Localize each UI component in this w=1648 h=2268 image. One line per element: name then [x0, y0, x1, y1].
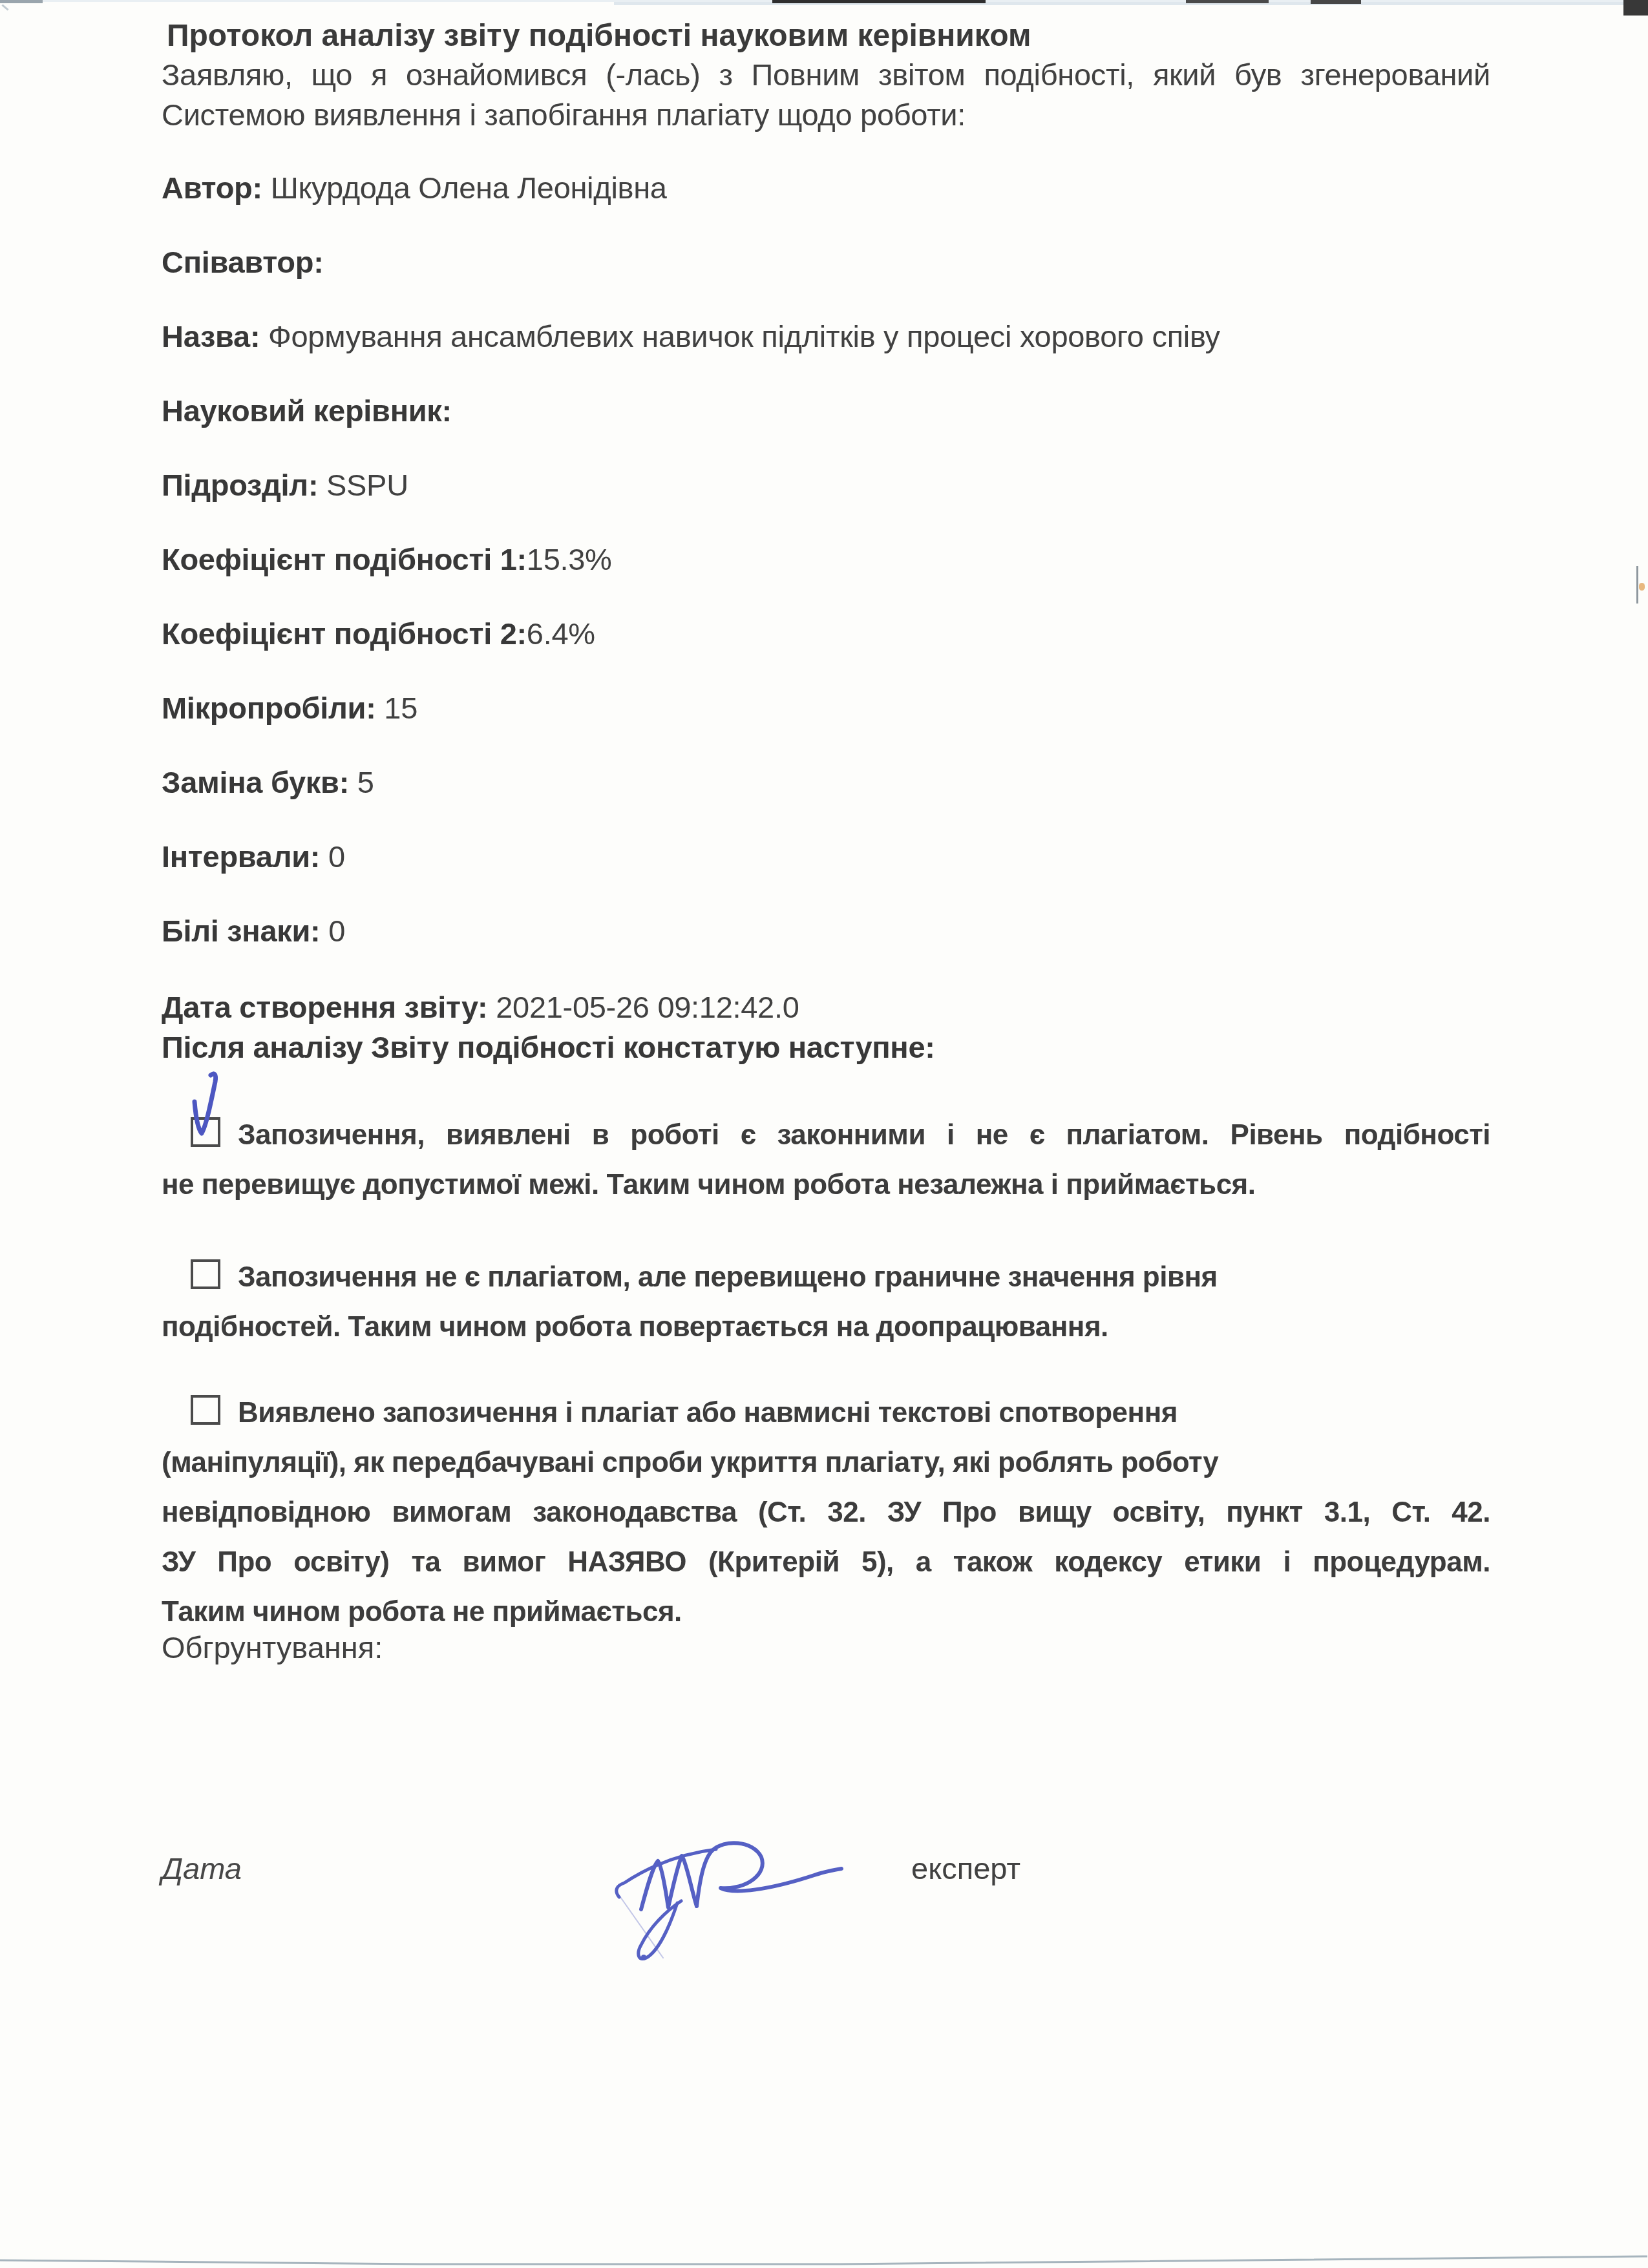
- checkbox-option-3[interactable]: [191, 1395, 220, 1425]
- footer-date-label: Дата: [162, 1851, 242, 1887]
- report-date-label: Дата створення звіту:: [162, 990, 487, 1024]
- intro-line: Заявляю, що я ознайомився (-лась) з Повн…: [162, 55, 1490, 95]
- option-text: Запозичення, виявлені в роботі є законни…: [238, 1119, 1490, 1151]
- scan-artifact-speck: [1639, 583, 1645, 591]
- report-date-line: Дата створення звіту: 2021-05-26 09:12:4…: [162, 987, 1490, 1027]
- field-similarity-coefficient-2: Коефіцієнт подібності 2:6.4%: [162, 616, 1490, 652]
- field-value: 15.3%: [527, 542, 612, 576]
- scan-artifact-top-mark: [772, 0, 986, 3]
- option-work-accepted: Запозичення, виявлені в роботі є законни…: [162, 1110, 1490, 1210]
- page-title: Протокол аналізу звіту подібності науков…: [167, 16, 1495, 56]
- field-label: Назва:: [162, 319, 260, 353]
- handwritten-signature-icon: [601, 1829, 860, 1977]
- field-label: Мікропробіли:: [162, 691, 376, 725]
- field-value: 0: [320, 839, 345, 874]
- field-value: 15: [376, 691, 417, 725]
- justification-label: Обгрунтування:: [162, 1630, 1490, 1666]
- field-letter-substitution: Заміна букв: 5: [162, 764, 1490, 801]
- report-date-block: Дата створення звіту: 2021-05-26 09:12:4…: [162, 987, 1490, 1067]
- option-text: Запозичення не є плагіатом, але перевище…: [238, 1261, 1218, 1293]
- scan-artifact-top-band2: [614, 2, 1648, 5]
- field-intervals: Інтервали: 0: [162, 839, 1490, 875]
- scan-artifact-top-mark: [0, 0, 43, 3]
- field-label: Білі знаки:: [162, 914, 320, 948]
- field-value: SSPU: [318, 468, 408, 502]
- field-label: Коефіцієнт подібності 2:: [162, 616, 527, 651]
- scan-artifact-top-mark: [1186, 0, 1269, 3]
- option-text-line: Виявлено запозичення і плагіат або навми…: [162, 1388, 1490, 1438]
- scan-artifact-corner-mark: [1623, 0, 1648, 16]
- field-white-signs: Білі знаки: 0: [162, 913, 1490, 949]
- field-label: Інтервали:: [162, 839, 320, 874]
- report-date-value: 2021-05-26 09:12:42.0: [487, 990, 799, 1024]
- after-analysis-line: Після аналізу Звіту подібності констатую…: [162, 1027, 1490, 1067]
- option-text: Виявлено запозичення і плагіат або навми…: [238, 1397, 1178, 1429]
- field-title-of-work: Назва: Формування ансамблевих навичок пі…: [162, 319, 1490, 355]
- field-supervisor: Науковий керівник:: [162, 393, 1490, 429]
- checkbox-option-2[interactable]: [191, 1259, 220, 1289]
- scan-artifact-top-mark: [1311, 0, 1361, 4]
- field-label: Коефіцієнт подібності 1:: [162, 542, 527, 576]
- option-text-line: Запозичення не є плагіатом, але перевище…: [162, 1252, 1490, 1302]
- option-returned-for-revision: Запозичення не є плагіатом, але перевище…: [162, 1252, 1490, 1352]
- field-coauthor: Співавтор:: [162, 244, 1490, 280]
- field-label: Науковий керівник:: [162, 394, 452, 428]
- intro-line: Системою виявлення і запобігання плагіат…: [162, 95, 1490, 135]
- scanned-protocol-page: Протокол аналізу звіту подібності науков…: [0, 0, 1648, 2268]
- scan-artifact-tick: [1, 4, 8, 10]
- field-label: Підрозділ:: [162, 468, 318, 502]
- field-value: Шкурдода Олена Леонідівна: [262, 171, 667, 205]
- field-value: 5: [349, 765, 374, 799]
- option-text-line: Запозичення, виявлені в роботі є законни…: [162, 1110, 1490, 1160]
- field-label: Автор:: [162, 171, 262, 205]
- option-work-rejected: Виявлено запозичення і плагіат або навми…: [162, 1388, 1490, 1637]
- option-text-line: не перевищує допустимої межі. Таким чино…: [162, 1160, 1490, 1210]
- field-similarity-coefficient-1: Коефіцієнт подібності 1:15.3%: [162, 541, 1490, 578]
- field-label: Співавтор:: [162, 245, 324, 279]
- handwritten-checkmark-icon: [186, 1066, 227, 1145]
- field-value: 0: [320, 914, 345, 948]
- field-department: Підрозділ: SSPU: [162, 467, 1490, 503]
- field-label: Заміна букв:: [162, 765, 349, 799]
- field-value: 6.4%: [527, 616, 595, 651]
- option-text-line: (маніпуляції), як передбачувані спроби у…: [162, 1438, 1490, 1487]
- intro-paragraph: Заявляю, що я ознайомився (-лась) з Повн…: [162, 55, 1490, 135]
- field-author: Автор: Шкурдода Олена Леонідівна: [162, 170, 1490, 206]
- option-text-line: ЗУ Про освіту) та вимог НАЗЯВО (Критерій…: [162, 1537, 1490, 1587]
- field-value: Формування ансамблевих навичок підлітків…: [260, 319, 1220, 353]
- footer-expert-label: експерт: [911, 1851, 1020, 1887]
- option-text-line: невідповідною вимогам законодавства (Ст.…: [162, 1487, 1490, 1537]
- scan-artifact-edge-line: [1636, 566, 1638, 604]
- option-text-line: подібностей. Таким чином робота повертає…: [162, 1302, 1490, 1352]
- scan-artifact-bottom-line: [0, 2250, 1648, 2268]
- field-microspaces: Мікропробіли: 15: [162, 690, 1490, 726]
